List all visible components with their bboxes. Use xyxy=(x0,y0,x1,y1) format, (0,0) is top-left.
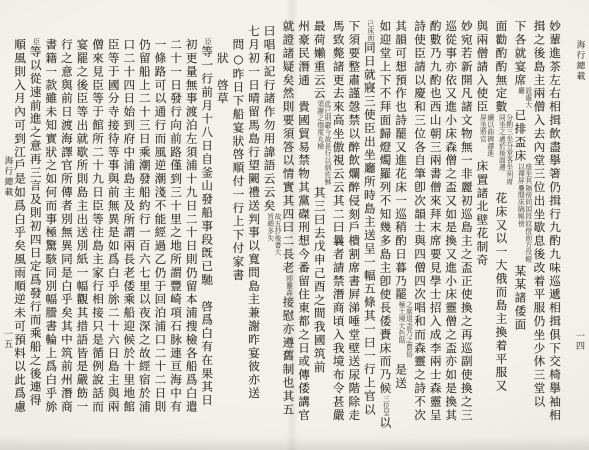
text-column: 順風則入月內可到江戶是如爲白乎矣風雨順逆未可預料以此爲慮 xyxy=(12,25,28,447)
text-column: 二十一日發行向前路僅到三十里之地所謂豐崎項石脉連亘海中有 xyxy=(167,25,183,447)
text-column: 妙輩進茶左右相揖飲盡擧箸仍揖行九酌九味巡遞相揖俱下交椅擧袖相 xyxy=(546,20,562,446)
text-column: 州豪民潛通 貴國貿易禁物其黨磔刑想今番留住東都之日或傳倭講官 xyxy=(295,20,311,446)
interlinear-note: 分酌三坐分堂各坐列席同坐之處於後面邊 xyxy=(497,114,512,192)
text-column: 已床面同日就寢三使臣出坐廳所時島主送呈一幅五條其一曰一行上官以 xyxy=(361,20,377,446)
page-number-left: 一五 xyxy=(1,329,14,349)
interlinear-note: 臣 xyxy=(31,38,38,45)
interlinear-note: 卽靈森 xyxy=(284,275,291,296)
text-column: 口二十四日始到府中浦島主及所謂兩長老倭乘船迎候於十里地館 xyxy=(121,25,137,447)
text-column: 僧來見臣等于館所二十九日臣等往島主家行相接只是循例說話而 xyxy=(89,25,105,447)
text-column: 詩使臣請以慶和三位各自筆卽次韻士與四僧四次唱和而森靈之詩不次 xyxy=(411,20,427,446)
interlinear-note: 臣 xyxy=(203,38,210,45)
book-spread: 妙輩進茶左右相揖飲盡擧箸仍揖行九酌九味巡遞相揖俱下交椅擧袖相揖之後島主兩僧入去內… xyxy=(0,0,589,450)
text-column: 一條路可以通行而風逆潮淺不能經過乙仍于回泊浦口二十二日則 xyxy=(152,25,168,447)
text-column: 臣等一行前月十八日自釜山發船事段旣已馳 啓爲白有在果其日 xyxy=(199,25,215,447)
text-column: 就證諸疑矣然則要須答以情實其四曰二長老卽靈森接慰亦遵舊制也其五 xyxy=(280,20,296,446)
margin-title-left: 海行總載 xyxy=(2,156,14,198)
text-column: 揖之後島主兩僧入去內堂三位出坐歇息後改着平服仍坐少休三堂以 xyxy=(531,20,547,446)
text-column: 與兩僧請入使臣續以曲碑譯進屏坐將官床置諸北壁花制奇 xyxy=(474,20,493,446)
interlinear-note: 之席退盃乃之費俗極土境大色貼 xyxy=(397,301,412,363)
text-column: 妙宛若新開凡諸文物無一非麗初巡島主之盃正使換之再巡副使換之三 xyxy=(458,20,474,446)
interlinear-note: 三位呈 xyxy=(381,395,388,416)
text-column: 仍留船上二十三日乘潮發船約行一百六七里以夜深之故經宿於浦 xyxy=(136,25,152,447)
text-column: 馬致斃諸更去來高坐傲視云云其二曰曩者請禁潛商頃入我境布令甚嚴 xyxy=(330,20,346,446)
text-column: 如迎堂上下不拜面歸燈燭羅列不知幾多島主卽使長倭賚床而乃候三位呈以 xyxy=(377,20,393,446)
text-column: 巡從事亦依又進小床森僧之盃又如是換又進小床靈僧之盃亦如是換其 xyxy=(443,20,459,446)
margin-title-right: 海行總載 xyxy=(574,40,586,82)
left-page: 曰唱和記行諸作勿用諱語云云矣故五抄後書大旨頗多失七月初一日晴留馬島行望闕禮送判事… xyxy=(16,25,280,447)
text-column: 最荷嬾重云云此已則嚴今故是行以紃佐穌須謝之㥮度丸檢其三曰去戊申己酉之間我國筑前 xyxy=(311,20,330,446)
text-column: 下各就宴席設處大廳已排盃床座坐其隔傍同囯段紋傍面方役㡠以禪屏疊間床隔帳傍某某諸倭… xyxy=(512,20,531,446)
text-column: 七月初一日晴留馬島行望闕禮送判事以寬問島主兼謝昨宴彼亦送 xyxy=(245,25,261,447)
text-column: 行之意與前日渡海譯官所傳者別無異同是白乎矣其中筑前州潛商 xyxy=(58,25,74,447)
text-column: 臣等于國分寺接待等事與前無異是如爲白乎旀二十六日島主與兩 xyxy=(105,25,121,447)
interlinear-note: 此已則嚴今故是行以紃佐穌須謝之㥮度丸檢 xyxy=(315,100,330,186)
interlinear-note: 故五抄後書大旨頗多失 xyxy=(265,213,280,259)
interlinear-note: 設處大廳 xyxy=(516,87,531,109)
text-column: 曰唱和記行諸作勿用諱語云云矣故五抄後書大旨頗多失 xyxy=(261,25,280,447)
text-column: 問○昨日下船宴狀啓順付一行上下付家書 xyxy=(230,25,246,447)
text-column: 酌數乃九酌也西山朝三兩書僧來拜末席要見學士招入成李兩士森靈呈 xyxy=(427,20,443,446)
interlinear-note: 已床面 xyxy=(365,20,372,41)
text-column: 下須要整肅謹愨禁以醉飲爛醉侵刻戶樻割席書屛涕唾堂壁送尿階除走 xyxy=(346,20,362,446)
interlinear-note: 續以曲碑譯進屏坐將官 xyxy=(478,114,493,160)
text-column: 書籍一款雖未知實狀之如何而事極驚駭同別幅謄書輪上爲白乎旀 xyxy=(43,25,59,447)
text-column: 初更量無事渡泊左須浦十九日二十日則仍留本浦搜檢各船爲白遣 xyxy=(183,25,199,447)
page-number-right: 一四 xyxy=(573,331,586,351)
text-column: 面勸酌酌無定數分酌三坐分堂各坐列席同坐之處於後面邊花床又以一大俄而島主換着平服又 xyxy=(493,20,512,446)
text-column: 宴罷之後臣等出就歇所則島主出送別紙一幅觀其措語皆是嚴飭一 xyxy=(74,25,90,447)
text-column: 其韻可想預作也詩罷又進花床一巡稍酌日暮乃罷之席退盃乃之費俗極土境大色貼是送 xyxy=(392,20,411,446)
right-page: 妙輩進茶左右相揖飲盡擧箸仍揖行九酌九味巡遞相揖俱下交椅擧袖相揖之後島主兩僧入去內… xyxy=(296,20,562,446)
text-column: 狀 啓草 xyxy=(214,25,230,447)
interlinear-note: 座坐其隔傍同囯段紋傍面方役㡠以禪屏疊間床隔帳傍 xyxy=(516,163,531,265)
text-column: 臣等以從速前進之意再三言及則初四日定爲發行而乘船之後連得 xyxy=(27,25,43,447)
